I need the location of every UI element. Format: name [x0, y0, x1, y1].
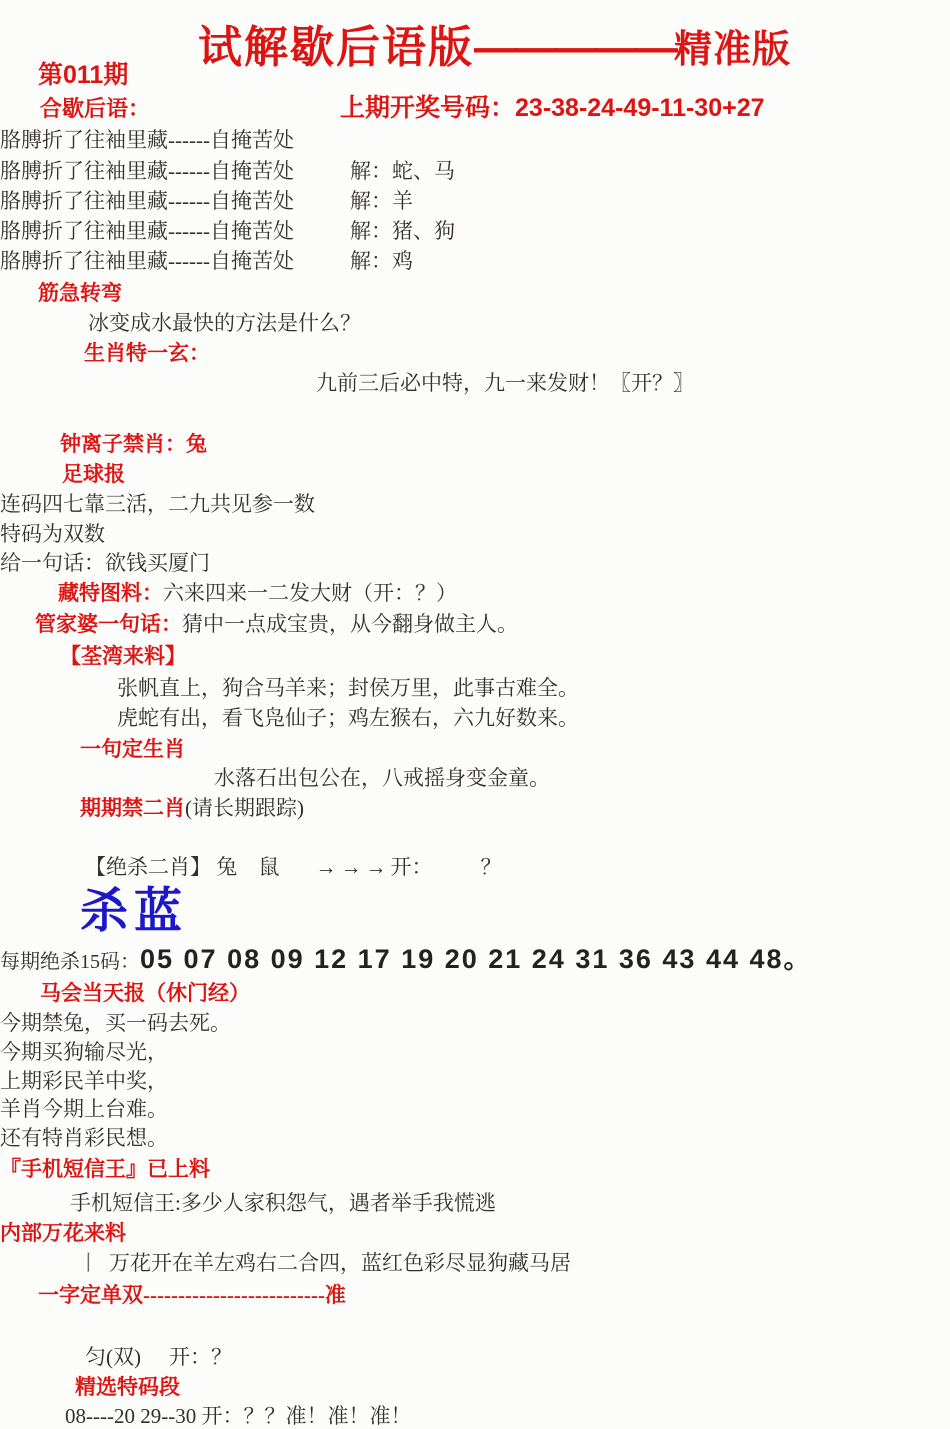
riddle-row: 胳膊折了往袖里藏------自掩苦处	[0, 128, 294, 153]
ban-two-heading: 期期禁二肖	[80, 796, 185, 820]
riddle-row: 胳膊折了往袖里藏------自掩苦处解：鸡	[0, 249, 294, 274]
heyhy-section-label: 合歇后语：	[40, 96, 150, 122]
sms-king-line: 手机短信王:多少人家积怨气，遇者举手我慌逃	[70, 1191, 496, 1216]
kill-two-result: ？	[481, 855, 502, 879]
even-odd-open: 开：？	[169, 1345, 232, 1369]
tsuen-wan-line: 张帆直上，狗合马羊来；封侯万里，此事古难全。	[117, 676, 579, 701]
ban-two-suffix: (请长期跟踪)	[185, 796, 304, 820]
page-title-suffix: 精准版	[674, 29, 791, 71]
tsuen-wan-heading: 【荃湾来料】	[60, 644, 186, 669]
daily-report-line: 上期彩民羊中奖，	[0, 1069, 168, 1094]
even-odd-line: 匀(双)开：？	[85, 1345, 232, 1370]
page-title: 试解歇后语版—————精准版	[198, 22, 791, 75]
tsuen-wan-line: 虎蛇有出，看飞凫仙子；鸡左猴右，六九好数来。	[117, 706, 579, 731]
brain-teaser-heading: 筋急转弯	[38, 281, 122, 306]
hidden-special-label: 藏特图料：	[58, 581, 163, 605]
arrow-icons: →→→	[316, 855, 391, 879]
page-title-dash: —————	[474, 23, 674, 72]
football-line: 连码四七靠三活，二九共见参一数	[0, 492, 315, 517]
special-segment-heading: 精选特码段	[75, 1375, 180, 1400]
ban-zodiac-line: 钟离子禁肖：兔	[60, 432, 207, 457]
one-sentence-zodiac-line: 水落石出包公在，八戒摇身变金童。	[214, 766, 550, 791]
one-sentence-zodiac-heading: 一句定生肖	[80, 737, 185, 762]
issue-number: 第011期	[38, 60, 128, 90]
riddle-text: 胳膊折了往袖里藏------自掩苦处	[0, 159, 294, 183]
riddle-answer: 解：羊	[350, 189, 413, 214]
riddle-row: 胳膊折了往袖里藏------自掩苦处解：猪、狗	[0, 219, 294, 244]
daily-report-line: 还有特肖彩民想。	[0, 1126, 168, 1151]
wanhua-line: 丨万花开在羊左鸡右二合四，蓝红色彩尽显狗藏马居	[78, 1251, 571, 1276]
riddle-answer: 解：蛇、马	[350, 159, 455, 184]
kill-two-label: 【绝杀二肖】	[85, 855, 211, 879]
special-segment-line: 08----20 29--30 开：？？准！准！准！	[65, 1404, 411, 1429]
kill-blue-heading: 杀蓝	[80, 883, 188, 941]
zodiac-special-line: 九前三后必中特，九一来发财！〖开？〗	[316, 371, 694, 396]
daily-report-line: 今期买狗输尽光，	[0, 1040, 168, 1065]
wanhua-heading: 内部万花来料	[0, 1221, 126, 1246]
daily-report-line: 今期禁兔，买一码去死。	[0, 1011, 231, 1036]
riddle-row: 胳膊折了往袖里藏------自掩苦处解：羊	[0, 189, 294, 214]
brain-teaser-question: 冰变成水最快的方法是什么？	[88, 311, 361, 336]
kill-blue-numbers: 05 07 08 09 12 17 19 20 21 24 31 36 43 4…	[140, 944, 813, 974]
even-odd-text: 匀(双)	[85, 1345, 141, 1369]
football-line: 特码为双数	[0, 522, 105, 547]
riddle-text: 胳膊折了往袖里藏------自掩苦处	[0, 249, 294, 273]
special-segment-result: 开：？？准！准！准！	[201, 1404, 411, 1428]
riddle-row: 胳膊折了往袖里藏------自掩苦处解：蛇、马	[0, 159, 294, 184]
lottery-tips-sheet: 试解歇后语版—————精准版 第011期 合歇后语： 上期开奖号码：23-38-…	[0, 0, 950, 1429]
last-draw-numbers: 23-38-24-49-11-30+27	[515, 94, 765, 122]
football-line: 给一句话：欲钱买厦门	[0, 551, 210, 576]
riddle-text: 胳膊折了往袖里藏------自掩苦处	[0, 128, 294, 152]
kill-two-animals: 兔 鼠	[216, 855, 287, 879]
page-title-main: 试解歇后语版	[198, 23, 474, 72]
riddle-text: 胳膊折了往袖里藏------自掩苦处	[0, 219, 294, 243]
football-heading: 足球报	[62, 462, 125, 487]
housekeeper-text: 猜中一点成宝贵，从今翻身做主人。	[182, 612, 518, 636]
riddle-answer: 解：猪、狗	[350, 219, 455, 244]
wanhua-text: 万花开在羊左鸡右二合四，蓝红色彩尽显狗藏马居	[109, 1251, 571, 1275]
kill-two-open-label: 开：	[391, 855, 433, 879]
riddle-answer: 解：鸡	[350, 249, 413, 274]
last-draw: 上期开奖号码：23-38-24-49-11-30+27	[340, 93, 765, 123]
special-segment-codes: 08----20 29--30	[65, 1404, 196, 1428]
riddle-text: 胳膊折了往袖里藏------自掩苦处	[0, 189, 294, 213]
hidden-special-line: 藏特图料：六来四来一二发大财（开：？）	[58, 581, 457, 606]
zodiac-special-heading: 生肖特一玄：	[84, 341, 210, 366]
kill-two-line: 【绝杀二肖】 兔 鼠→→→开：？	[85, 855, 502, 880]
hidden-special-text: 六来四来一二发大财（开：？）	[163, 581, 457, 605]
one-word-heading: 一字定单双--------------------------准	[38, 1283, 346, 1308]
last-draw-label: 上期开奖号码：	[340, 94, 515, 122]
kill-blue-numbers-line: 每期绝杀15码：05 07 08 09 12 17 19 20 21 24 31…	[0, 943, 813, 975]
housekeeper-label: 管家婆一句话：	[35, 612, 182, 636]
daily-report-heading: 马会当天报（休门经）	[40, 981, 250, 1006]
kill-blue-prefix: 每期绝杀15码：	[0, 951, 140, 973]
tick-mark: 丨	[78, 1251, 99, 1275]
ban-two-line: 期期禁二肖(请长期跟踪)	[80, 796, 304, 821]
sms-king-heading: 『手机短信王』已上料	[0, 1157, 210, 1182]
daily-report-line: 羊肖今期上台难。	[0, 1097, 168, 1122]
housekeeper-line: 管家婆一句话：猜中一点成宝贵，从今翻身做主人。	[35, 612, 518, 637]
